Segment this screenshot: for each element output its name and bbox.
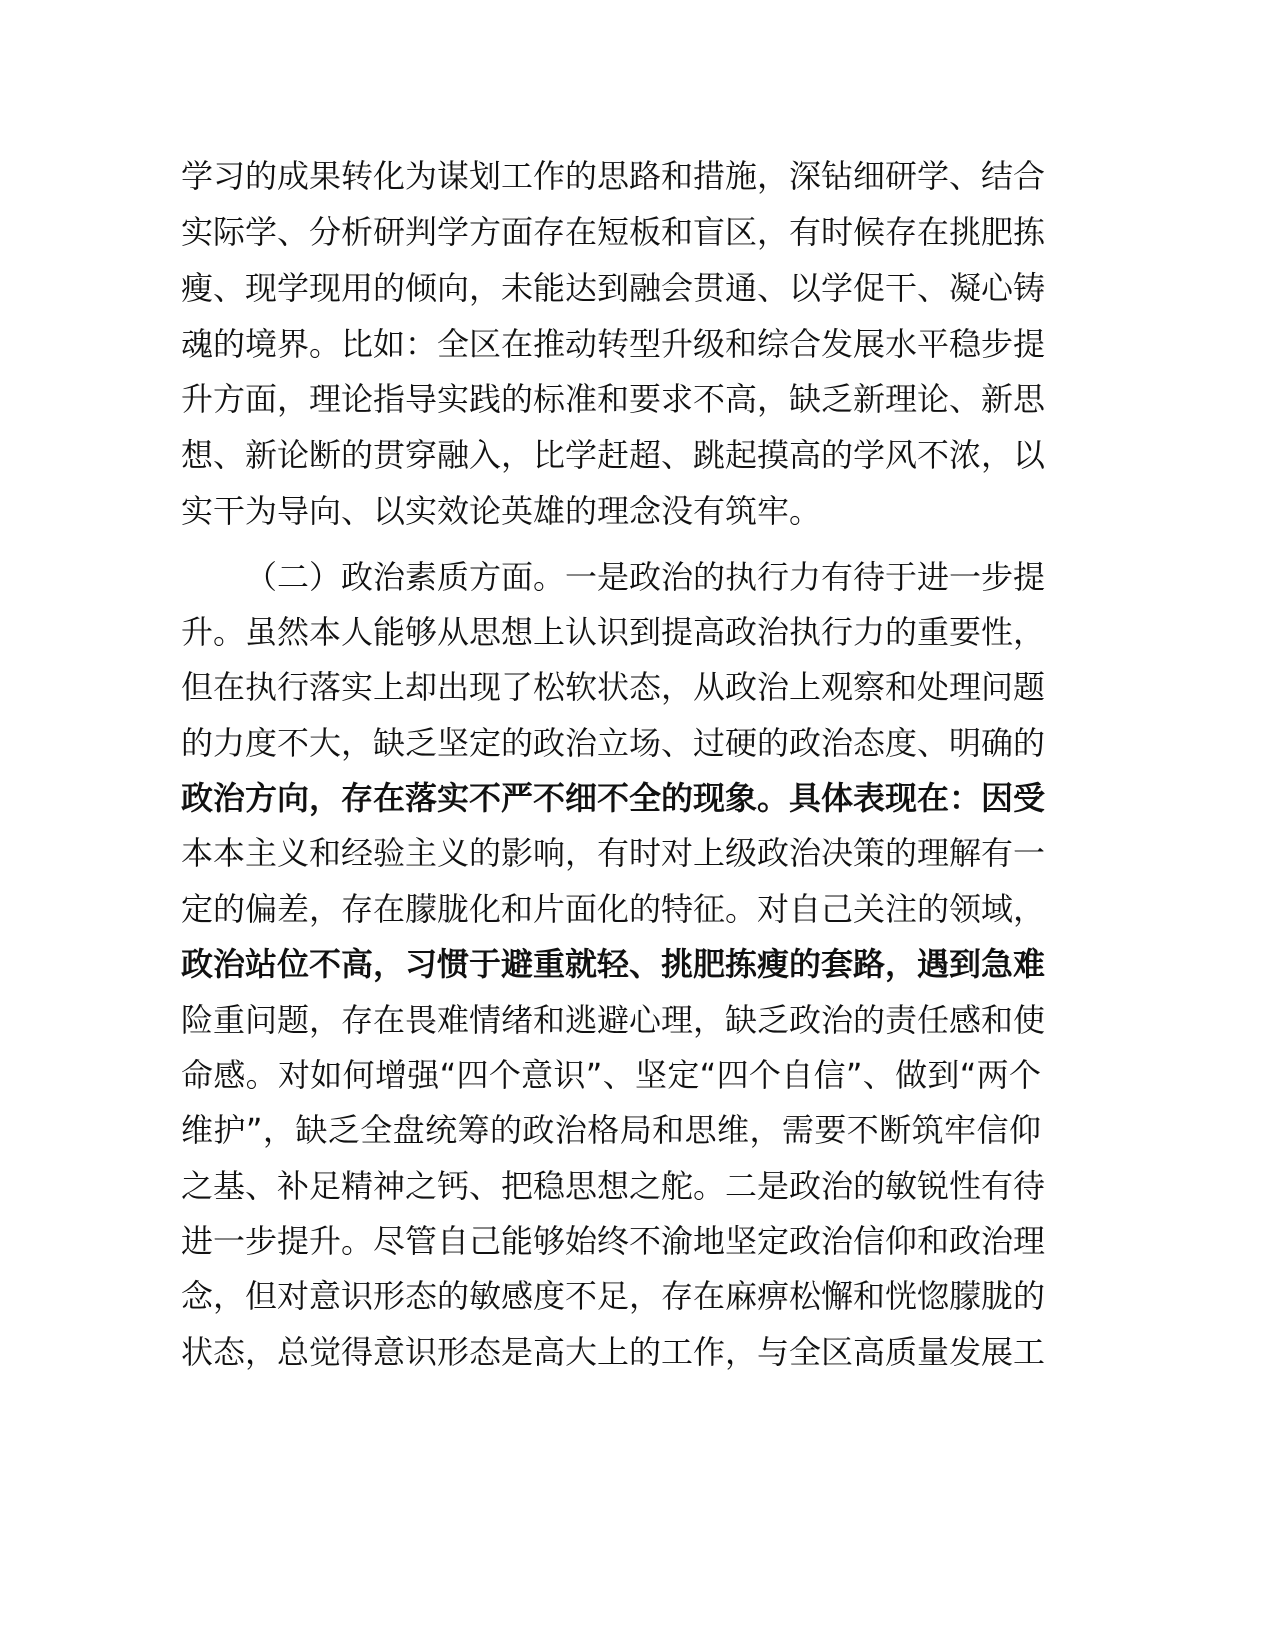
text-line: 的力度不大，缺乏坚定的政治立场、过硬的政治态度、明确的: [181, 715, 1041, 771]
text-line: 本本主义和经验主义的影响，有时对上级政治决策的理解有一: [181, 825, 1041, 881]
document-page: 学习的成果转化为谋划工作的思路和措施，深钻细研学、结合 实际学、分析研判学方面存…: [0, 0, 1275, 1650]
text-line: 实际学、分析研判学方面存在短板和盲区，有时候存在挑肥拣: [181, 204, 1041, 260]
text-line: 维护”，缺乏全盘统筹的政治格局和思维，需要不断筑牢信仰: [181, 1102, 1041, 1158]
text-line: 命感。对如何增强“四个意识”、坚定“四个自信”、做到“两个: [181, 1047, 1041, 1103]
text-line: 念，但对意识形态的敏感度不足，存在麻痹松懈和恍惚朦胧的: [181, 1268, 1041, 1324]
text-line: 想、新论断的贯穿融入，比学赶超、跳起摸高的学风不浓，以: [181, 427, 1041, 483]
text-line: 进一步提升。尽管自己能够始终不渝地坚定政治信仰和政治理: [181, 1213, 1041, 1269]
text-line: 学习的成果转化为谋划工作的思路和措施，深钻细研学、结合: [181, 148, 1041, 204]
text-line: 魂的境界。比如：全区在推动转型升级和综合发展水平稳步提: [181, 316, 1041, 372]
text-line: 升方面，理论指导实践的标准和要求不高，缺乏新理论、新思: [181, 371, 1041, 427]
text-line: 瘦、现学现用的倾向，未能达到融会贯通、以学促干、凝心铸: [181, 260, 1041, 316]
text-line: 政治站位不高，习惯于避重就轻、挑肥拣瘦的套路，遇到急难: [181, 936, 1041, 992]
text-line: 险重问题，存在畏难情绪和逃避心理，缺乏政治的责任感和使: [181, 992, 1041, 1048]
text-line: 但在执行落实上却出现了松软状态，从政治上观察和处理问题: [181, 659, 1041, 715]
text-line: 定的偏差，存在朦胧化和片面化的特征。对自己关注的领域，: [181, 881, 1041, 937]
text-line: 之基、补足精神之钙、把稳思想之舵。二是政治的敏锐性有待: [181, 1158, 1041, 1214]
text-line: 实干为导向、以实效论英雄的理念没有筑牢。: [181, 483, 1041, 539]
text-line: 升。虽然本人能够从思想上认识到提高政治执行力的重要性，: [181, 604, 1041, 660]
text-line: 政治方向，存在落实不严不细不全的现象。具体表现在：因受: [181, 770, 1041, 826]
section-heading-line: （二）政治素质方面。一是政治的执行力有待于进一步提: [245, 549, 1041, 605]
text-line: 状态，总觉得意识形态是高大上的工作，与全区高质量发展工: [181, 1324, 1041, 1380]
